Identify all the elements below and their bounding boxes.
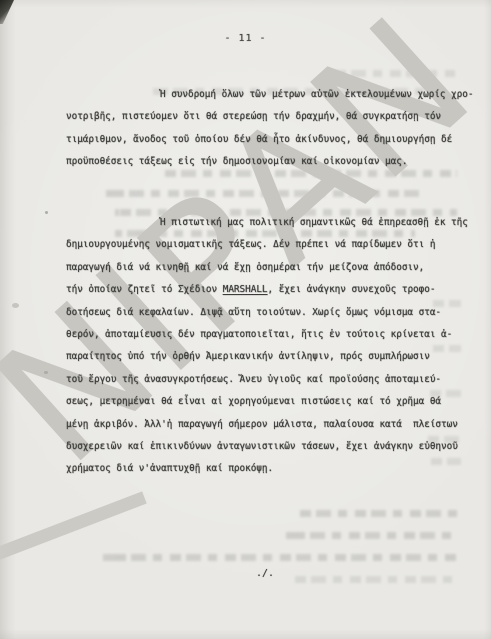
typewritten-line: μένῃ ἀκριβόν. Ἀλλ'ἡ παραγωγή σήμερον μάλ… bbox=[66, 414, 466, 436]
ink-speck bbox=[44, 371, 48, 374]
ink-speck bbox=[129, 352, 132, 355]
typewritten-line: δημιουργουμένης νομισματικῆς τάξεως. Δέν… bbox=[66, 234, 466, 256]
typewritten-line: δυσχερειῶν καί ἐπικινδύνων ἀνταγωνιστικῶ… bbox=[66, 436, 466, 458]
typewritten-line: δοτήσεως διά κεφαλαίων. Διψᾷ αὕτη τοιούτ… bbox=[66, 302, 466, 324]
paragraph-2: Ἡ πιστωτική μας πολιτική σημαντικῶς θά ἐ… bbox=[66, 212, 466, 481]
typewritten-line: Ἡ πιστωτική μας πολιτική σημαντικῶς θά ἐ… bbox=[66, 212, 466, 234]
line-text: τήν ὁποίαν ζητεῖ τό Σχέδιον bbox=[66, 284, 223, 295]
typewritten-body: Ἡ συνδρομή ὅλων τῶν μέτρων αὐτῶν ἐκτελου… bbox=[66, 84, 466, 481]
typewritten-line-marshall: τήν ὁποίαν ζητεῖ τό Σχέδιον MARSHALL, ἔχ… bbox=[66, 279, 466, 301]
marshall-plan-label: MARSHALL bbox=[223, 284, 268, 295]
typewritten-line: χρήματος διά ν'ἀναπτυχθῇ καί προκόψῃ. bbox=[66, 458, 466, 480]
typewritten-line: παραίτητος ὑπό τήν ὀρθήν Ἀμερικανικήν ἀν… bbox=[66, 346, 466, 368]
line-text: , ἔχει ἀνάγκην συνεχοῦς τροφο- bbox=[268, 284, 436, 295]
ink-speck bbox=[45, 211, 48, 214]
typewritten-line: θερόν, ἀποταμίευσις δέν πραγματοποιεῖται… bbox=[66, 324, 466, 346]
typewritten-line: παραγωγή διά νά κινηθῇ καί νά ἔχῃ ὁσημέρ… bbox=[66, 257, 466, 279]
page-number: - 11 - bbox=[0, 33, 491, 44]
bleed-through-line bbox=[100, 554, 458, 561]
typewritten-line: τιμάριθμον, ἄνοδος τοῦ ὁποίου δέν θά ἦτο… bbox=[66, 129, 466, 151]
bleed-through-line bbox=[285, 532, 458, 539]
bleed-through-line bbox=[300, 510, 458, 517]
typewritten-line: Ἡ συνδρομή ὅλων τῶν μέτρων αὐτῶν ἐκτελου… bbox=[66, 84, 466, 106]
scan-smudge bbox=[12, 303, 19, 308]
continuation-mark: ./. bbox=[256, 568, 274, 579]
typewritten-line: νοτριβῆς, πιστεύομεν ὅτι θά στερεώσῃ τήν… bbox=[66, 106, 466, 128]
paragraph-1: Ἡ συνδρομή ὅλων τῶν μέτρων αὐτῶν ἐκτελου… bbox=[66, 84, 466, 174]
typewritten-line: προϋποθέσεις τάξεως εἰς τήν δημοσιονομία… bbox=[66, 151, 466, 173]
scanned-document-page: { "document": { "page_number": "- 11 -",… bbox=[0, 0, 491, 639]
typewritten-line: σεως, μετρημέναι θά εἶναι αἱ χορηγούμενα… bbox=[66, 391, 466, 413]
bleed-through-line bbox=[295, 576, 458, 583]
typewritten-line: τοῦ ἔργου τῆς ἀνασυγκροτήσεως. Ἄνευ ὑγιο… bbox=[66, 369, 466, 391]
